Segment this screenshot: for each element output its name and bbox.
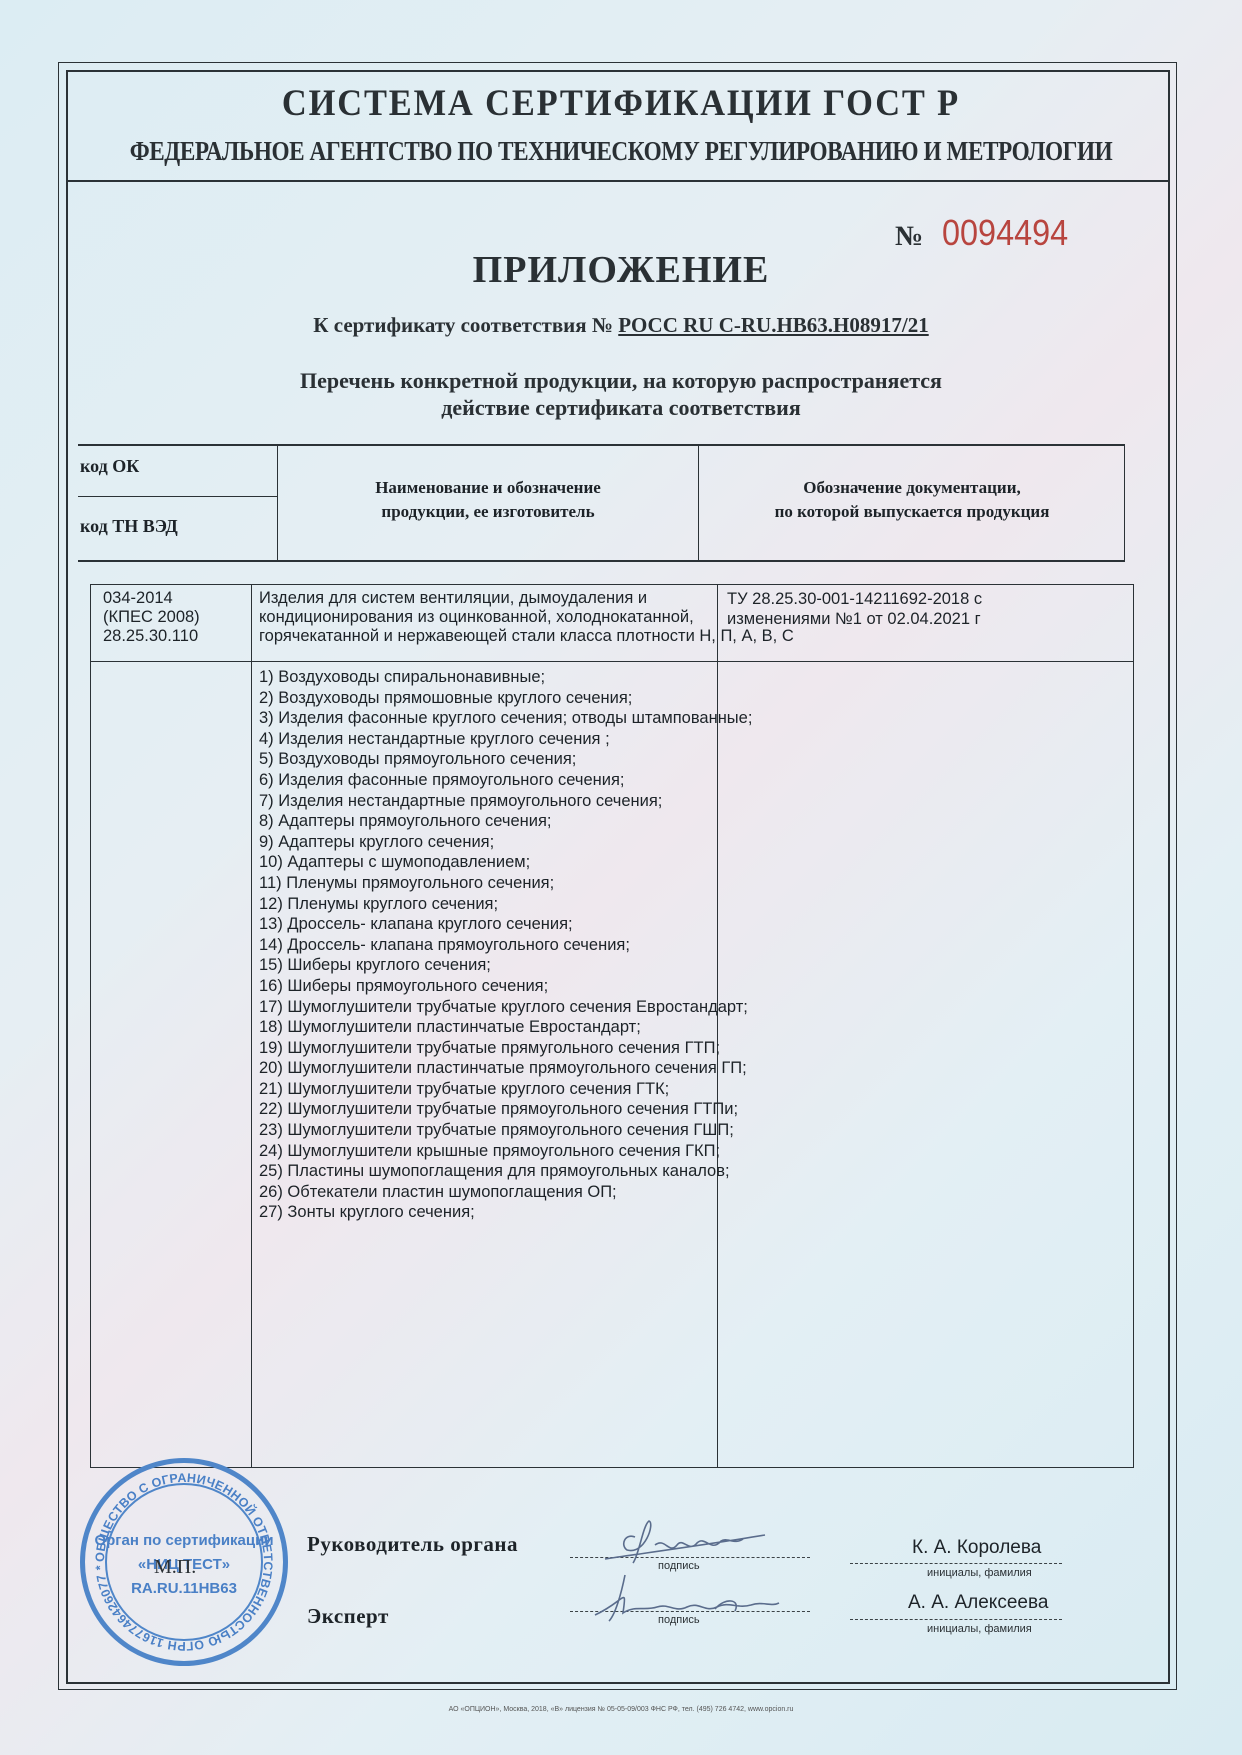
list-item: 4) Изделия нестандартные круглого сечени… bbox=[259, 729, 819, 750]
expert-label: Эксперт bbox=[307, 1604, 389, 1629]
list-item: 19) Шумоглушители трубчатые прямугольног… bbox=[259, 1038, 819, 1059]
list-item: 9) Адаптеры круглого сечения; bbox=[259, 832, 819, 853]
code-tnved: 28.25.30.110 bbox=[103, 627, 200, 646]
doc-header-line2: по которой выпускается продукция bbox=[700, 500, 1124, 524]
certificate-ref-number: РОСС RU C-RU.НВ63.Н08917/21 bbox=[618, 313, 928, 337]
list-item: 27) Зонты круглого сечения; bbox=[259, 1202, 819, 1223]
list-item: 21) Шумоглушители трубчатые круглого сеч… bbox=[259, 1079, 819, 1100]
list-item: 22) Шумоглушители трубчатые прямоугольно… bbox=[259, 1099, 819, 1120]
list-item: 16) Шиберы прямоугольного сечения; bbox=[259, 976, 819, 997]
list-title-line2: действие сертификата соответствия bbox=[0, 394, 1242, 421]
code-divider bbox=[78, 496, 277, 497]
product-description: Изделия для систем вентиляции, дымоудале… bbox=[259, 589, 799, 646]
header-divider bbox=[66, 180, 1168, 182]
printer-footer: АО «ОПЦИОН», Москва, 2018, «В» лицензия … bbox=[0, 1706, 1242, 1713]
list-item: 7) Изделия нестандартные прямоугольного … bbox=[259, 791, 819, 812]
appendix-title: ПРИЛОЖЕНИЕ bbox=[0, 248, 1242, 292]
list-item: 1) Воздуховоды спиральнонавивные; bbox=[259, 667, 819, 688]
certificate-ref-prefix: К сертификату соответствия № bbox=[313, 313, 613, 337]
expert-name-line bbox=[850, 1619, 1062, 1620]
name-column-header: Наименование и обозначение продукции, ее… bbox=[278, 446, 699, 560]
certificate-reference: К сертификату соответствия № РОСС RU C-R… bbox=[0, 313, 1242, 338]
product-table: 034-2014 (КПЕС 2008) 28.25.30.110 Издели… bbox=[90, 584, 1134, 1468]
product-items-list: 1) Воздуховоды спиральнонавивные;2) Возд… bbox=[259, 667, 819, 1223]
doc-line2: изменениями №1 от 02.04.2021 г bbox=[727, 609, 1117, 629]
list-item: 18) Шумоглушители пластинчатые Евростанд… bbox=[259, 1017, 819, 1038]
name-header-line1: Наименование и обозначение bbox=[278, 476, 698, 500]
list-item: 14) Дроссель- клапана прямоугольного сеч… bbox=[259, 935, 819, 956]
head-name-line bbox=[850, 1563, 1062, 1564]
list-item: 25) Пластины шумопоглащения для прямоуго… bbox=[259, 1161, 819, 1182]
list-title-line1: Перечень конкретной продукции, на котору… bbox=[0, 367, 1242, 394]
list-item: 6) Изделия фасонные прямоугольного сечен… bbox=[259, 770, 819, 791]
expert-name: А. А. Алексеева bbox=[908, 1592, 1048, 1614]
list-item: 23) Шумоглушители трубчатые прямоугольно… bbox=[259, 1120, 819, 1141]
agency-title: ФЕДЕРАЛЬНОЕ АГЕНТСТВО ПО ТЕХНИЧЕСКОМУ РЕ… bbox=[87, 136, 1155, 167]
stamp-line3: RA.RU.11НВ63 bbox=[85, 1579, 283, 1598]
code-tnved-label: код ТН ВЭД bbox=[80, 516, 178, 537]
list-item: 12) Пленумы круглого сечения; bbox=[259, 894, 819, 915]
list-item: 2) Воздуховоды прямошовные круглого сече… bbox=[259, 688, 819, 709]
list-title: Перечень конкретной продукции, на котору… bbox=[0, 367, 1242, 421]
product-documentation: ТУ 28.25.30-001-14211692-2018 с изменени… bbox=[727, 589, 1117, 629]
doc-header-line1: Обозначение документации, bbox=[700, 476, 1124, 500]
list-item: 13) Дроссель- клапана круглого сечения; bbox=[259, 914, 819, 935]
list-item: 10) Адаптеры с шумоподавлением; bbox=[259, 852, 819, 873]
seal-place-label: М.П. bbox=[154, 1556, 196, 1579]
expert-name-caption: инициалы, фамилия bbox=[927, 1623, 1032, 1635]
list-item: 17) Шумоглушители трубчатые круглого сеч… bbox=[259, 997, 819, 1018]
doc-column-header: Обозначение документации, по которой вып… bbox=[700, 446, 1124, 560]
list-item: 3) Изделия фасонные круглого сечения; от… bbox=[259, 708, 819, 729]
product-codes: 034-2014 (КПЕС 2008) 28.25.30.110 bbox=[103, 589, 200, 646]
list-item: 20) Шумоглушители пластинчатые прямоугол… bbox=[259, 1058, 819, 1079]
list-item: 5) Воздуховоды прямоугольного сечения; bbox=[259, 749, 819, 770]
row-divider bbox=[91, 661, 1133, 662]
doc-line1: ТУ 28.25.30-001-14211692-2018 с bbox=[727, 589, 1117, 609]
name-header-line2: продукции, ее изготовитель bbox=[278, 500, 698, 524]
stamp-line1: Орган по сертификации bbox=[85, 1531, 283, 1550]
list-item: 15) Шиберы круглого сечения; bbox=[259, 955, 819, 976]
code-kpes: (КПЕС 2008) bbox=[103, 608, 200, 627]
list-item: 24) Шумоглушители крышные прямоугольного… bbox=[259, 1141, 819, 1162]
signature-scribbles bbox=[565, 1515, 815, 1625]
list-item: 8) Адаптеры прямоугольного сечения; bbox=[259, 811, 819, 832]
system-title: СИСТЕМА СЕРТИФИКАЦИИ ГОСТ Р bbox=[43, 82, 1198, 125]
list-item: 26) Обтекатели пластин шумопоглащения ОП… bbox=[259, 1182, 819, 1203]
column-divider bbox=[251, 585, 252, 1467]
table-header: код ОК код ТН ВЭД Наименование и обознач… bbox=[78, 444, 1125, 562]
list-item: 11) Пленумы прямоугольного сечения; bbox=[259, 873, 819, 894]
code-column-header: код ОК код ТН ВЭД bbox=[78, 446, 278, 560]
head-name-caption: инициалы, фамилия bbox=[927, 1567, 1032, 1579]
code-ok-label: код ОК bbox=[80, 456, 139, 477]
head-label: Руководитель органа bbox=[307, 1532, 518, 1557]
head-name: К. А. Королева bbox=[912, 1537, 1041, 1559]
code-ok: 034-2014 bbox=[103, 589, 200, 608]
